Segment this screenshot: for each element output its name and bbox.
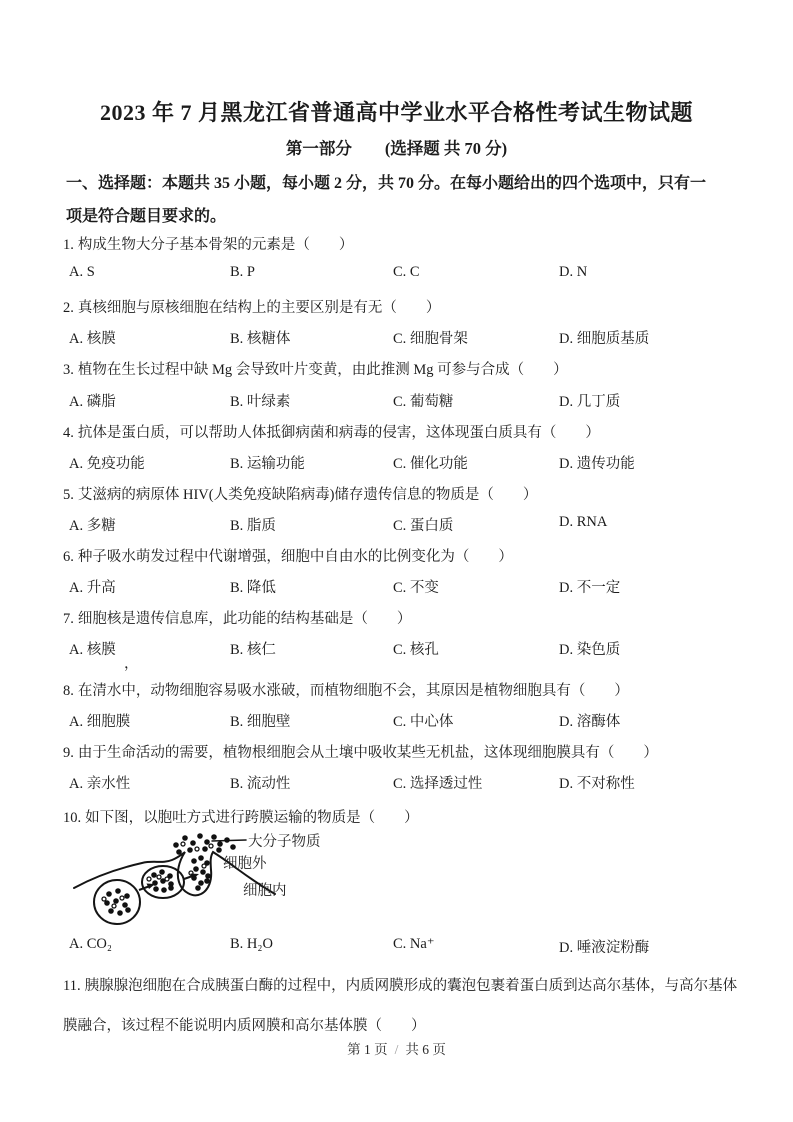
question-11-text-line-2: 膜融合，该过程不能说明内质网膜和高尔基体膜（ ） (63, 1018, 426, 1034)
question-2-option-d: D. 细胞质基质 (559, 327, 769, 348)
question-8-stem: 8.在清水中，动物细胞容易吸水涨破，而植物细胞不会，其原因是植物细胞具有（ ） (63, 679, 629, 700)
question-8-option-c: C. 中心体 (393, 710, 559, 731)
question-9-number: 9. (63, 745, 74, 761)
question-2-option-a: A. 核膜 (69, 327, 230, 348)
question-6-options: A. 升高 B. 降低 C. 不变 D. 不一定 (69, 576, 769, 597)
question-3-option-d: D. 几丁质 (559, 390, 769, 411)
question-6-option-d: D. 不一定 (559, 576, 769, 597)
question-10-text: 如下图，以胞吐方式进行跨膜运输的物质是（ ） (85, 810, 419, 826)
question-11-text-line-1: 胰腺腺泡细胞在合成胰蛋白酶的过程中，内质网膜形成的囊泡包裹着蛋白质到达高尔基体，… (85, 978, 738, 994)
question-1-number: 1. (63, 237, 74, 253)
question-7-options: A. 核膜 B. 核仁 C. 核孔 D. 染色质 (69, 638, 769, 659)
question-10-option-c: C. Na⁺ (393, 936, 559, 957)
label-macromolecule: 大分子物质 (248, 832, 321, 850)
question-1-text: 构成生物大分子基本骨架的元素是（ ） (78, 237, 354, 253)
question-11-number: 11. (63, 978, 81, 994)
question-1-stem: 1.构成生物大分子基本骨架的元素是（ ） (63, 233, 353, 254)
question-1-option-a: A. S (69, 264, 230, 281)
question-3-option-c: C. 葡萄糖 (393, 390, 559, 411)
label-intracellular: 细胞内 (243, 882, 287, 899)
question-8-option-a: A. 细胞膜 (69, 710, 230, 731)
question-9-option-d: D. 不对称性 (559, 772, 769, 793)
question-11-stem-line-1: 11.胰腺腺泡细胞在合成胰蛋白酶的过程中，内质网膜形成的囊泡包裹着蛋白质到达高尔… (63, 974, 737, 995)
footer-total-pages: 共 6 页 (405, 1042, 446, 1057)
question-9-option-c: C. 选择透过性 (393, 772, 559, 793)
question-3-option-b: B. 叶绿素 (230, 390, 393, 411)
question-7-option-a: A. 核膜 (69, 638, 230, 659)
question-7-stem: 7.细胞核是遗传信息库，此功能的结构基础是（ ） (63, 607, 411, 628)
stray-comma-artifact: ， (124, 652, 139, 673)
question-6-option-b: B. 降低 (230, 576, 393, 597)
question-4-options: A. 免疫功能 B. 运输功能 C. 催化功能 D. 遗传功能 (69, 452, 769, 473)
question-2-options: A. 核膜 B. 核糖体 C. 细胞骨架 D. 细胞质基质 (69, 327, 769, 348)
question-8-text: 在清水中，动物细胞容易吸水涨破，而植物细胞不会，其原因是植物细胞具有（ ） (78, 683, 629, 699)
question-6-stem: 6.种子吸水萌发过程中代谢增强，细胞中自由水的比例变化为（ ） (63, 545, 513, 566)
question-10-option-a: A. CO₂ (69, 936, 230, 957)
question-7-option-b: B. 核仁 (230, 638, 393, 659)
question-4-text: 抗体是蛋白质，可以帮助人体抵御病菌和病毒的侵害，这体现蛋白质具有（ ） (78, 425, 600, 441)
question-7-text: 细胞核是遗传信息库，此功能的结构基础是（ ） (78, 611, 412, 627)
question-1-option-b: B. P (230, 264, 393, 281)
question-6-number: 6. (63, 549, 74, 565)
question-3-number: 3. (63, 362, 74, 378)
question-3-stem: 3.植物在生长过程中缺 Mg 会导致叶片变黄，由此推测 Mg 可参与合成（ ） (63, 358, 568, 379)
exam-paper-page: 2023 年 7 月黑龙江省普通高中学业水平合格性考试生物试题 第一部分 (选择… (0, 0, 793, 1122)
question-5-stem: 5.艾滋病的病原体 HIV(人类免疫缺陷病毒)储存遗传信息的物质是（ ） (63, 483, 537, 504)
question-5-number: 5. (63, 487, 74, 503)
question-11-stem-line-2: 膜融合，该过程不能说明内质网膜和高尔基体膜（ ） (63, 1014, 426, 1035)
question-4-stem: 4.抗体是蛋白质，可以帮助人体抵御病菌和病毒的侵害，这体现蛋白质具有（ ） (63, 421, 600, 442)
label-extracellular: 细胞外 (223, 855, 267, 872)
question-4-option-a: A. 免疫功能 (69, 452, 230, 473)
question-10-option-b: B. H₂O (230, 936, 393, 957)
question-3-option-a: A. 磷脂 (69, 390, 230, 411)
question-8-option-d: D. 溶酶体 (559, 710, 769, 731)
question-6-text: 种子吸水萌发过程中代谢增强，细胞中自由水的比例变化为（ ） (78, 549, 513, 565)
question-7-option-d: D. 染色质 (559, 638, 769, 659)
question-6-option-a: A. 升高 (69, 576, 230, 597)
footer-separator: / (395, 1042, 399, 1057)
question-6-option-c: C. 不变 (393, 576, 559, 597)
question-5-option-b: B. 脂质 (230, 514, 393, 535)
page-title: 2023 年 7 月黑龙江省普通高中学业水平合格性考试生物试题 (0, 96, 793, 127)
question-5-option-d: D. RNA (559, 514, 769, 535)
question-1-options: A. S B. P C. C D. N (69, 264, 769, 281)
question-9-options: A. 亲水性 B. 流动性 C. 选择透过性 D. 不对称性 (69, 772, 769, 793)
question-2-option-b: B. 核糖体 (230, 327, 393, 348)
section-heading: 第一部分 (选择题 共 70 分) (0, 135, 793, 159)
question-7-number: 7. (63, 611, 74, 627)
question-9-text: 由于生命活动的需要，植物根细胞会从土壤中吸收某些无机盐，这体现细胞膜具有（ ） (78, 745, 658, 761)
question-4-option-b: B. 运输功能 (230, 452, 393, 473)
footer-current-page: 第 1 页 (347, 1042, 388, 1057)
question-7-option-c: C. 核孔 (393, 638, 559, 659)
question-9-stem: 9.由于生命活动的需要，植物根细胞会从土壤中吸收某些无机盐，这体现细胞膜具有（ … (63, 741, 658, 762)
question-9-option-a: A. 亲水性 (69, 772, 230, 793)
question-1-option-d: D. N (559, 264, 769, 281)
question-5-option-c: C. 蛋白质 (393, 514, 559, 535)
question-10-stem: 10.如下图，以胞吐方式进行跨膜运输的物质是（ ） (63, 806, 419, 827)
question-1-option-c: C. C (393, 264, 559, 281)
question-3-text: 植物在生长过程中缺 Mg 会导致叶片变黄，由此推测 Mg 可参与合成（ ） (78, 362, 568, 378)
question-2-number: 2. (63, 300, 74, 316)
question-9-option-b: B. 流动性 (230, 772, 393, 793)
intro-line-1: 一、选择题：本题共 35 小题，每小题 2 分，共 70 分。在每小题给出的四个… (66, 170, 706, 193)
question-5-options: A. 多糖 B. 脂质 C. 蛋白质 D. RNA (69, 514, 769, 535)
page-footer: 第 1 页/共 6 页 (0, 1038, 793, 1058)
question-8-options: A. 细胞膜 B. 细胞壁 C. 中心体 D. 溶酶体 (69, 710, 769, 731)
question-4-option-c: C. 催化功能 (393, 452, 559, 473)
question-2-stem: 2.真核细胞与原核细胞在结构上的主要区别是有无（ ） (63, 296, 440, 317)
question-2-text: 真核细胞与原核细胞在结构上的主要区别是有无（ ） (78, 300, 441, 316)
question-3-options: A. 磷脂 B. 叶绿素 C. 葡萄糖 D. 几丁质 (69, 390, 769, 411)
question-10-number: 10. (63, 810, 81, 826)
question-5-option-a: A. 多糖 (69, 514, 230, 535)
question-10-option-d: D. 唾液淀粉酶 (559, 936, 769, 957)
molecule-dots (104, 833, 236, 916)
question-4-number: 4. (63, 425, 74, 441)
question-2-option-c: C. 细胞骨架 (393, 327, 559, 348)
question-8-number: 8. (63, 683, 74, 699)
question-4-option-d: D. 遗传功能 (559, 452, 769, 473)
question-10-options: A. CO₂ B. H₂O C. Na⁺ D. 唾液淀粉酶 (69, 936, 769, 957)
question-5-text: 艾滋病的病原体 HIV(人类免疫缺陷病毒)储存遗传信息的物质是（ ） (78, 487, 538, 503)
question-8-option-b: B. 细胞壁 (230, 710, 393, 731)
intro-line-2: 项是符合题目要求的。 (66, 203, 226, 226)
exocytosis-diagram: 大分子物质 细胞外 细胞内 (60, 831, 360, 943)
